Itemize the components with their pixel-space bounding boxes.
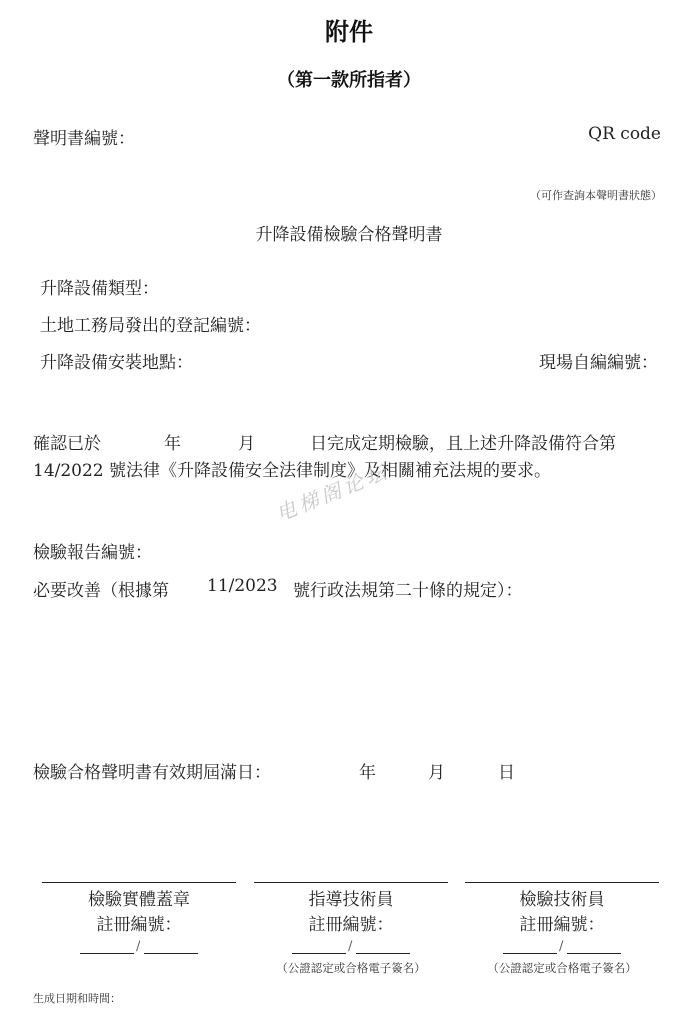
signature-block-inspection-entity: 檢驗實體蓋章 註冊編號： /: [42, 882, 236, 960]
expiry-date-label: 檢驗合格聲明書有效期屆滿日：: [33, 758, 271, 783]
equipment-type-label: 升降設備類型：: [40, 274, 159, 299]
confirmation-month: 月: [238, 429, 255, 454]
registration-label: 註冊編號：: [254, 913, 448, 938]
signature-block-supervising-technician: 指導技術員 註冊編號： / （公證認定或合格電子簽名）: [254, 882, 448, 976]
signature-title: 指導技術員: [254, 888, 448, 913]
site-number-label: 現場自編編號：: [539, 348, 658, 373]
expiry-year: 年: [359, 758, 376, 783]
installation-location-label: 升降設備安裝地點：: [40, 348, 193, 373]
signature-line: [465, 882, 659, 883]
inspection-report-number-label: 檢驗報告編號：: [33, 538, 152, 563]
regulation-number: 11/2023: [207, 576, 278, 596]
document-title: 升降設備檢驗合格聲明書: [0, 220, 698, 245]
confirmation-line1-rest: 日完成定期檢驗，且上述升降設備符合第: [310, 429, 616, 454]
signature-title: 檢驗實體蓋章: [42, 888, 236, 913]
signature-line: [254, 882, 448, 883]
registration-label: 註冊編號：: [465, 913, 659, 938]
registration-label: 註冊編號：: [42, 913, 236, 938]
registration-number-label: 土地工務局發出的登記編號：: [40, 311, 261, 336]
registration-number-line: /: [503, 938, 621, 954]
confirmation-line2: 14/2022 號法律《升降設備安全法律制度》及相關補充法規的要求。: [33, 456, 551, 481]
qr-code-label: QR code: [588, 124, 661, 144]
registration-number-line: /: [80, 938, 198, 954]
signature-title: 檢驗技術員: [465, 888, 659, 913]
generated-datetime-label: 生成日期和時間：: [33, 990, 121, 1006]
signature-note: （公證認定或合格電子簽名）: [465, 960, 659, 976]
expiry-day: 日: [498, 758, 515, 783]
signature-block-inspection-technician: 檢驗技術員 註冊編號： / （公證認定或合格電子簽名）: [465, 882, 659, 976]
expiry-month: 月: [428, 758, 445, 783]
signature-note: （公證認定或合格電子簽名）: [254, 960, 448, 976]
qr-code-note: （可作查詢本聲明書狀態）: [530, 187, 662, 203]
declaration-number-label: 聲明書編號：: [33, 124, 135, 149]
page-subtitle: （第一款所指者）: [0, 66, 698, 92]
required-improvements-prefix: 必要改善（根據第: [33, 576, 169, 601]
signature-line: [42, 882, 236, 883]
required-improvements-suffix: 號行政法規第二十條的規定）：: [293, 576, 523, 601]
confirmation-prefix: 確認已於: [33, 429, 101, 454]
confirmation-year: 年: [164, 429, 181, 454]
registration-number-line: /: [292, 938, 410, 954]
page-title: 附件: [0, 12, 698, 47]
